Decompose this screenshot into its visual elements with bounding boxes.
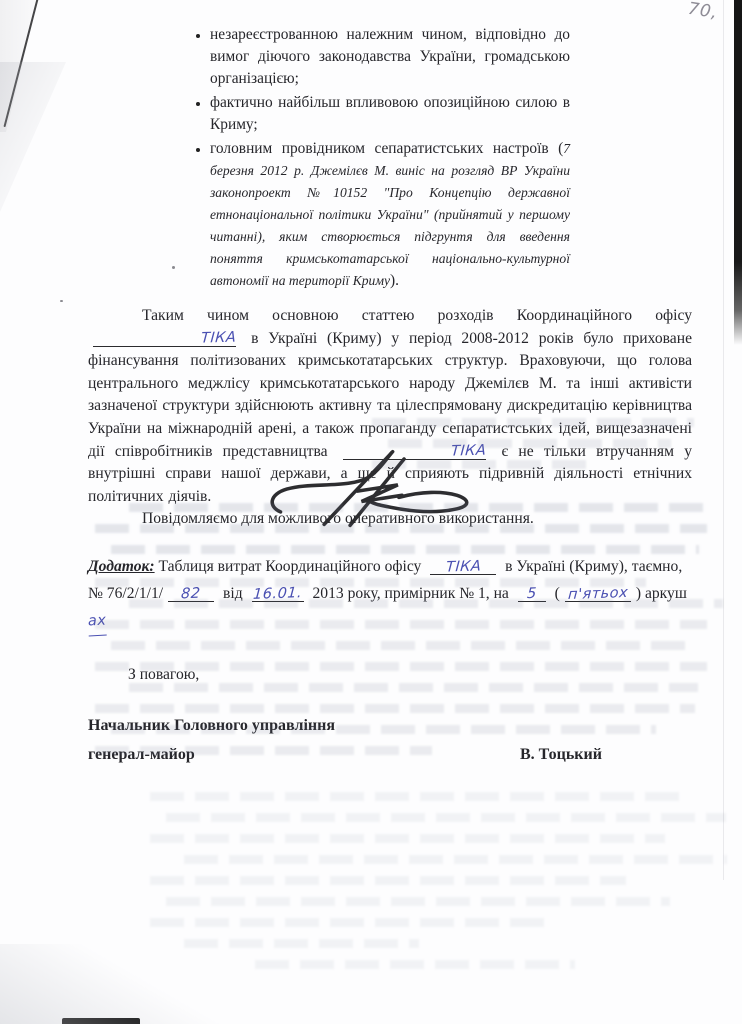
- bleedthrough-line: [388, 439, 671, 448]
- bleedthrough-line: [95, 524, 707, 533]
- bleedthrough-line: [95, 578, 646, 587]
- bullet-item: фактично найбільш впливовою опозиційною …: [210, 92, 570, 136]
- bleedthrough-line: [95, 746, 432, 755]
- bullet-italic-note: 7 березня 2012 р. Джемілєв М. виніс на р…: [210, 141, 570, 288]
- bleedthrough-block: [95, 578, 707, 767]
- bleedthrough-block: [95, 503, 707, 566]
- bleedthrough-line: [111, 641, 692, 650]
- bleedthrough-line: [166, 813, 726, 822]
- page-edge-line: [723, 0, 724, 880]
- bleedthrough-line: [372, 418, 694, 427]
- bullet-list: незареєстрованною належним чином, відпов…: [88, 24, 570, 292]
- bleedthrough-block: [372, 418, 694, 481]
- bleedthrough-line: [150, 918, 553, 927]
- bullet-item: незареєстрованною належним чином, відпов…: [210, 24, 570, 90]
- bleedthrough-block: [255, 960, 575, 981]
- bleedthrough-line: [255, 960, 575, 969]
- bleedthrough-line: [129, 599, 723, 608]
- bleedthrough-line: [150, 834, 665, 843]
- document-page: 70, незареєстрованною належним чином, ві…: [0, 0, 742, 1024]
- bleedthrough-line: [129, 683, 698, 692]
- bleedthrough-block: [150, 792, 710, 960]
- bleedthrough-line: [150, 792, 682, 801]
- bleedthrough-line: [184, 939, 419, 948]
- bullet-text: фактично найбільш впливовою опозиційною …: [210, 94, 570, 133]
- bullet-text: ).: [390, 272, 399, 289]
- handwritten-tika: ТІКА: [147, 331, 237, 347]
- bullet-text: незареєстрованною належним чином, відпов…: [210, 26, 570, 87]
- bullet-item: головним провідником сепаратистських нас…: [210, 138, 570, 292]
- handwritten-page-number: 70,: [687, 0, 720, 23]
- bleedthrough-line: [129, 503, 704, 512]
- bullet-text: головним провідником сепаратистських нас…: [210, 140, 563, 157]
- bleedthrough-line: [184, 855, 727, 864]
- bleedthrough-line: [111, 725, 656, 734]
- scan-speck: [60, 300, 63, 302]
- bleedthrough-line: [372, 460, 597, 469]
- scanned-document-page: { "page": { "handwritten_page_number": "…: [0, 0, 742, 1024]
- bleedthrough-line: [166, 897, 670, 906]
- bleedthrough-line: [95, 662, 707, 671]
- paragraph-text: Таким чином основною статтею розходів Ко…: [142, 307, 692, 324]
- bleedthrough-line: [111, 545, 699, 554]
- bleedthrough-line: [95, 704, 695, 713]
- bleedthrough-line: [150, 876, 626, 885]
- handwritten-blank: ТІКА: [93, 332, 236, 347]
- scan-edge-right: [734, 0, 742, 345]
- bleedthrough-line: [95, 620, 707, 629]
